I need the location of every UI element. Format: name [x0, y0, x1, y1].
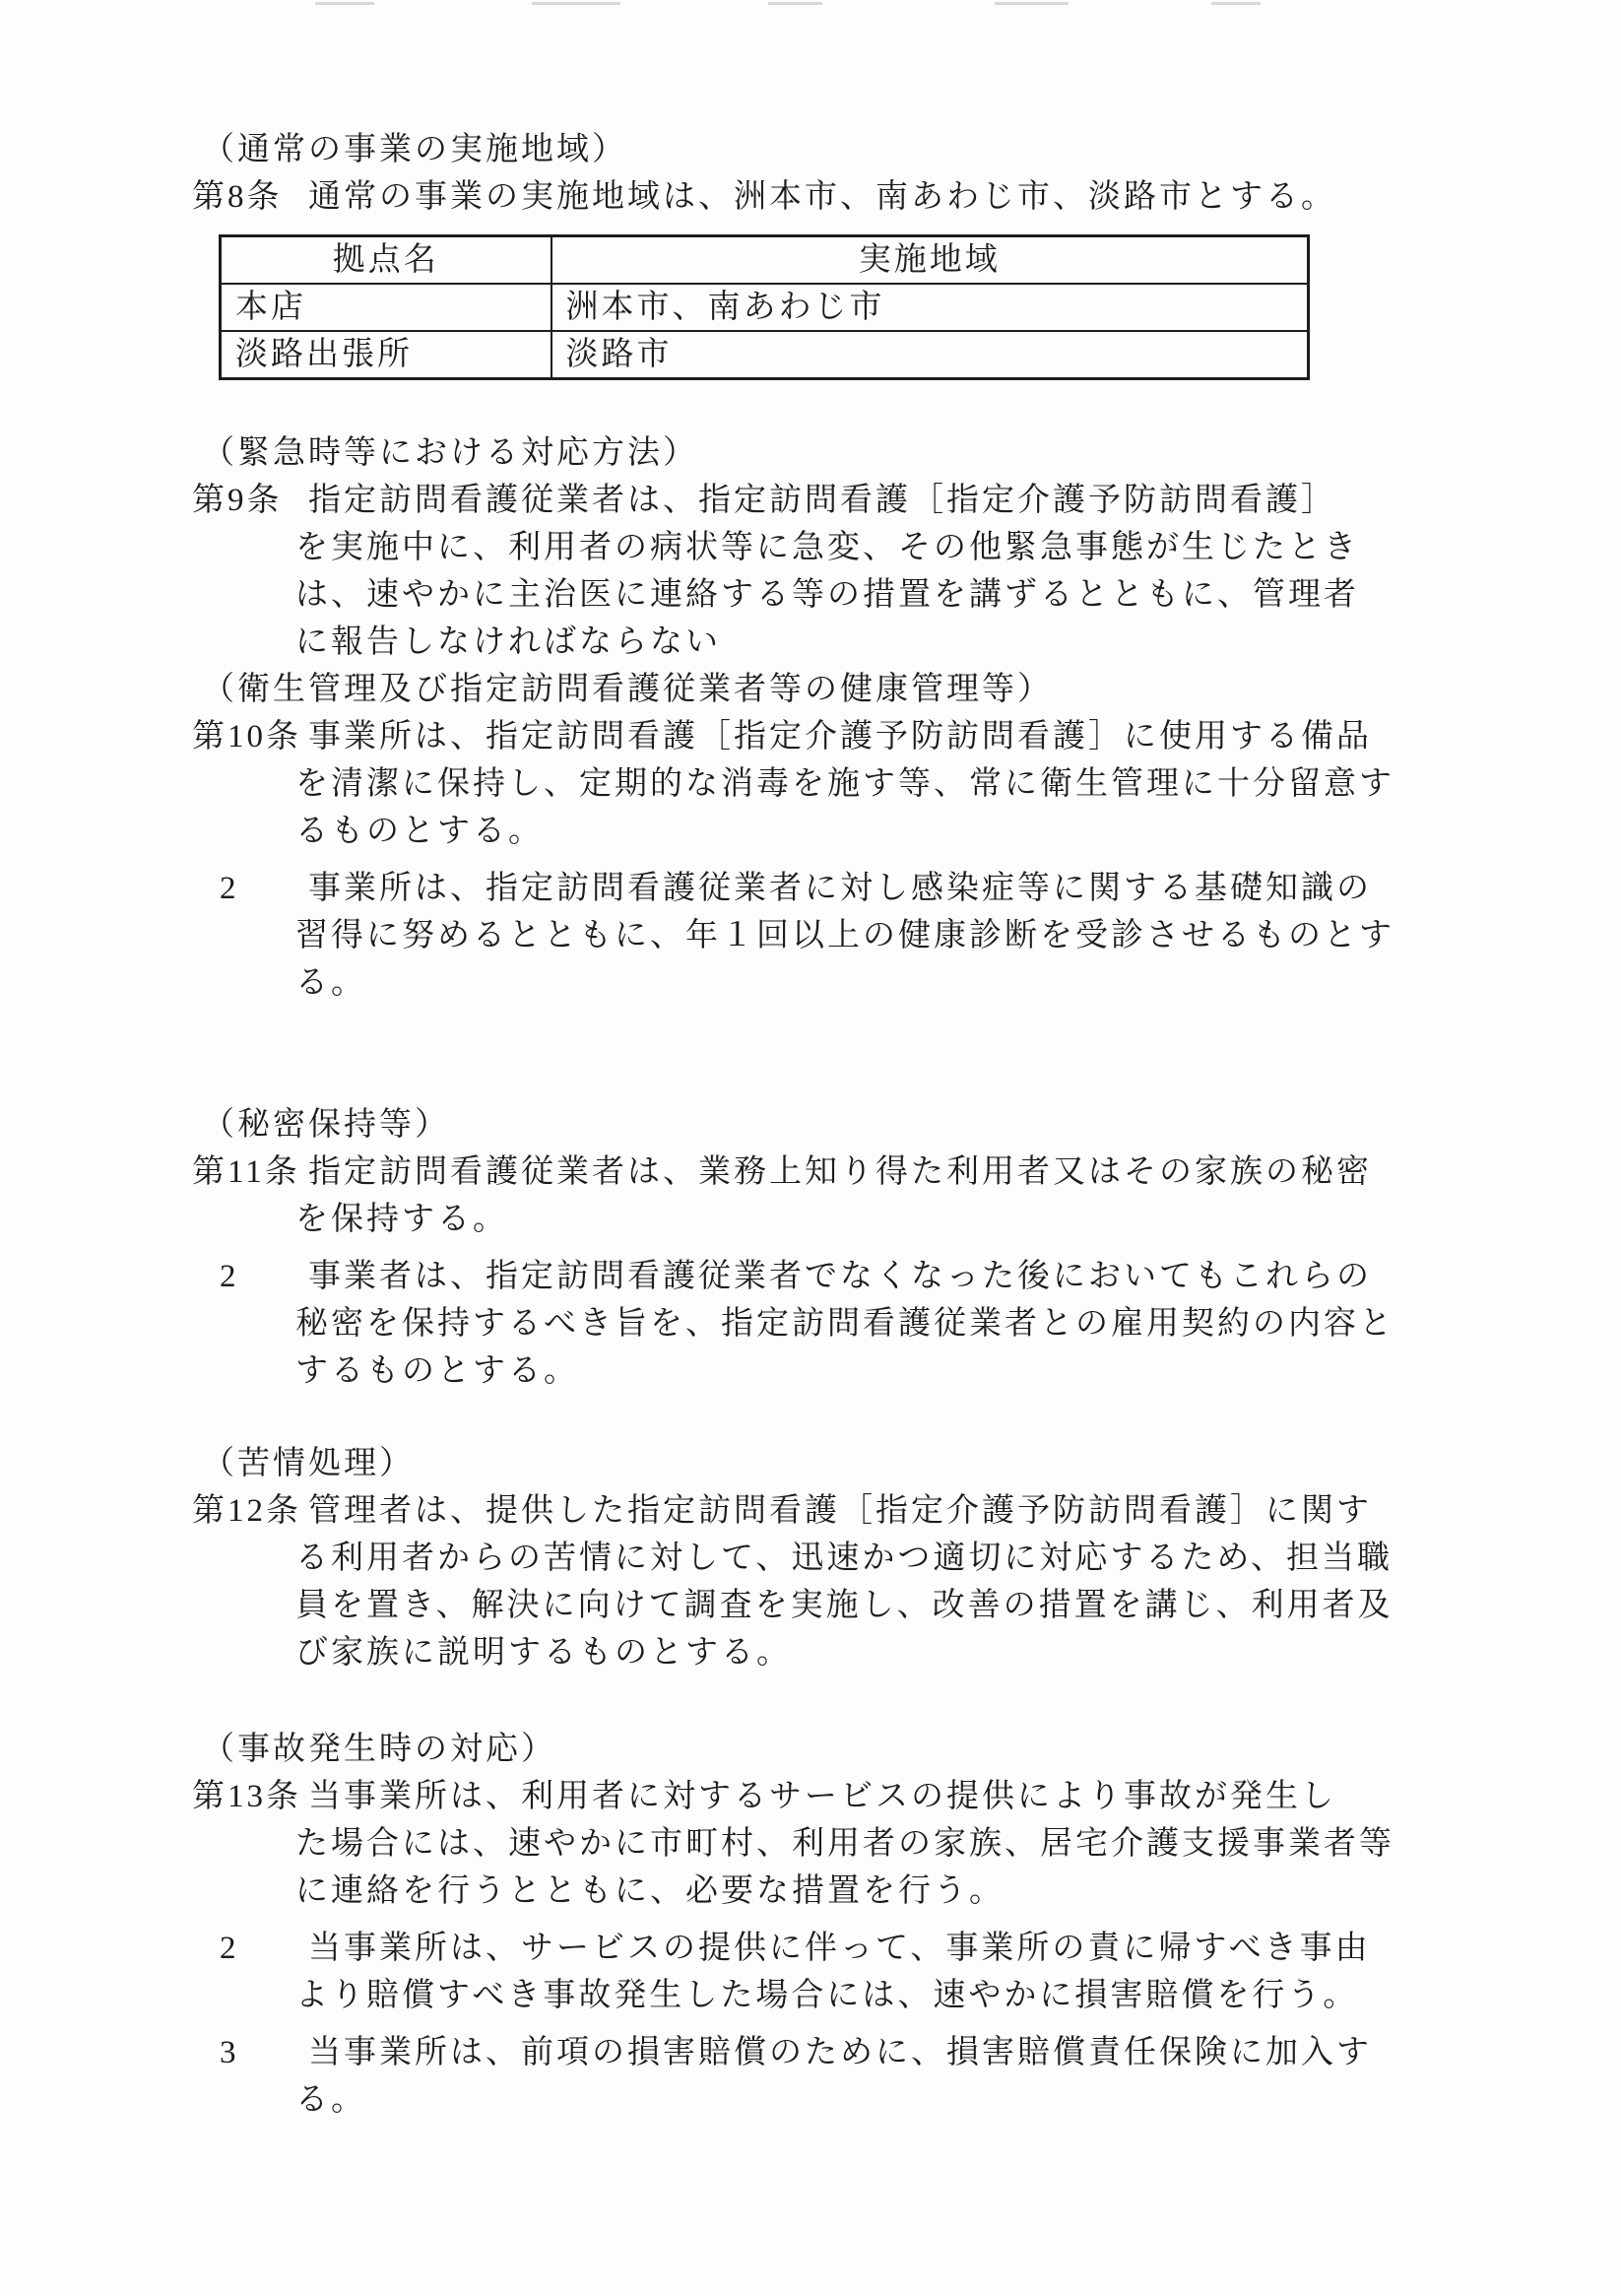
section-heading: （事故発生時の対応） — [202, 1726, 1503, 1773]
article-11: 第11条 指定訪問看護従業者は、業務上知り得た利用者又はその家族の秘密 を保持す… — [192, 1148, 1503, 1243]
article-number: 第11条 — [192, 1148, 308, 1196]
text-line: 3 当事業所は、前項の損害賠償のために、損害賠償責任保険に加入す — [192, 2029, 1503, 2076]
paragraph-text: 当事業所は、サービスの提供に伴って、事業所の責に帰すべき事由 — [308, 1925, 1371, 1972]
article-number: 第10条 — [192, 713, 308, 760]
section-heading: （秘密保持等） — [202, 1101, 1503, 1148]
section-emergency-response: （緊急時等における対応方法） 第9条 指定訪問看護従業者は、指定訪問看護［指定介… — [192, 429, 1503, 666]
table-cell-base: 淡路出張所 — [221, 331, 551, 379]
article-13-paragraph-3: 3 当事業所は、前項の損害賠償のために、損害賠償責任保険に加入す る。 — [192, 2029, 1503, 2124]
text-line: 第12条 管理者は、提供した指定訪問看護［指定介護予防訪問看護］に関す — [192, 1487, 1503, 1535]
article-8: 第8条 通常の事業の実施地域は、洲本市、南あわじ市、淡路市とする。 — [192, 173, 1503, 221]
table-header-area: 実施地域 — [551, 236, 1309, 285]
document-page: （通常の事業の実施地域） 第8条 通常の事業の実施地域は、洲本市、南あわじ市、淡… — [0, 0, 1621, 2296]
section-hygiene-management: （衛生管理及び指定訪問看護従業者等の健康管理等） 第10条 事業所は、指定訪問看… — [192, 666, 1503, 1007]
article-10-paragraph-2: 2 事業所は、指定訪問看護従業者に対し感染症等に関する基礎知識の 習得に努めると… — [192, 865, 1503, 1007]
section-heading: （苦情処理） — [202, 1440, 1503, 1487]
text-line: を清潔に保持し、定期的な消毒を施す等、常に衛生管理に十分留意す — [192, 760, 1503, 808]
article-text: 当事業所は、利用者に対するサービスの提供により事故が発生し — [308, 1773, 1336, 1820]
paragraph-text: 当事業所は、前項の損害賠償のために、損害賠償責任保険に加入す — [308, 2029, 1372, 2076]
article-number: 第8条 — [192, 173, 308, 221]
text-line: る利用者からの苦情に対して、迅速かつ適切に対応するため、担当職 — [192, 1535, 1503, 1582]
section-complaint-handling: （苦情処理） 第12条 管理者は、提供した指定訪問看護［指定介護予防訪問看護］に… — [192, 1440, 1503, 1676]
article-number: 第13条 — [192, 1773, 308, 1820]
text-line: するものとする。 — [192, 1347, 1503, 1395]
table-cell-area: 洲本市、南あわじ市 — [551, 284, 1309, 331]
article-text: 管理者は、提供した指定訪問看護［指定介護予防訪問看護］に関す — [308, 1487, 1372, 1535]
text-line: 第13条 当事業所は、利用者に対するサービスの提供により事故が発生し — [192, 1773, 1503, 1820]
section-heading: （緊急時等における対応方法） — [202, 429, 1503, 477]
text-line: は、速やかに主治医に連絡する等の措置を講ずるとともに、管理者 — [192, 571, 1503, 619]
article-10: 第10条 事業所は、指定訪問看護［指定介護予防訪問看護］に使用する備品 を清潔に… — [192, 713, 1503, 855]
article-number: 第12条 — [192, 1487, 308, 1535]
article-number: 第9条 — [192, 477, 308, 524]
text-line: るものとする。 — [192, 808, 1503, 855]
paragraph-number: 3 — [192, 2029, 308, 2076]
section-service-area: （通常の事業の実施地域） 第8条 通常の事業の実施地域は、洲本市、南あわじ市、淡… — [192, 126, 1503, 380]
text-line: 第10条 事業所は、指定訪問看護［指定介護予防訪問看護］に使用する備品 — [192, 713, 1503, 760]
paragraph-text: 事業者は、指定訪問看護従業者でなくなった後においてもこれらの — [308, 1253, 1372, 1300]
text-line: た場合には、速やかに市町村、利用者の家族、居宅介護支援事業者等 — [192, 1820, 1503, 1868]
text-line: に報告しなければならない — [192, 619, 1503, 666]
article-9: 第9条 指定訪問看護従業者は、指定訪問看護［指定介護予防訪問看護］ を実施中に、… — [192, 477, 1503, 666]
article-text: 通常の事業の実施地域は、洲本市、南あわじ市、淡路市とする。 — [308, 173, 1336, 221]
table-header-row: 拠点名 実施地域 — [221, 236, 1309, 285]
table-cell-area: 淡路市 — [551, 331, 1309, 379]
paragraph-text: 事業所は、指定訪問看護従業者に対し感染症等に関する基礎知識の — [308, 865, 1372, 912]
section-heading: （衛生管理及び指定訪問看護従業者等の健康管理等） — [202, 666, 1503, 713]
article-12: 第12条 管理者は、提供した指定訪問看護［指定介護予防訪問看護］に関す る利用者… — [192, 1487, 1503, 1676]
paragraph-number: 2 — [192, 1253, 308, 1300]
text-line: 秘密を保持するべき旨を、指定訪問看護従業者との雇用契約の内容と — [192, 1300, 1503, 1347]
regions-table: 拠点名 実施地域 本店 洲本市、南あわじ市 淡路出張所 淡路市 — [219, 234, 1310, 380]
text-line: 第8条 通常の事業の実施地域は、洲本市、南あわじ市、淡路市とする。 — [192, 173, 1503, 221]
section-heading: （通常の事業の実施地域） — [202, 126, 1503, 173]
table-header-base: 拠点名 — [221, 236, 551, 285]
article-13-paragraph-2: 2 当事業所は、サービスの提供に伴って、事業所の責に帰すべき事由 より賠償すべき… — [192, 1925, 1503, 2019]
text-line: 員を置き、解決に向けて調査を実施し、改善の措置を講じ、利用者及 — [192, 1582, 1503, 1629]
table-row: 淡路出張所 淡路市 — [221, 331, 1309, 379]
text-line: に連絡を行うとともに、必要な措置を行う。 — [192, 1868, 1503, 1915]
text-line: る。 — [192, 2076, 1503, 2124]
text-line: 2 当事業所は、サービスの提供に伴って、事業所の責に帰すべき事由 — [192, 1925, 1503, 1972]
text-line: び家族に説明するものとする。 — [192, 1629, 1503, 1676]
text-line: より賠償すべき事故発生した場合には、速やかに損害賠償を行う。 — [192, 1972, 1503, 2019]
table-cell-base: 本店 — [221, 284, 551, 331]
table-row: 本店 洲本市、南あわじ市 — [221, 284, 1309, 331]
text-line: を実施中に、利用者の病状等に急変、その他緊急事態が生じたとき — [192, 524, 1503, 571]
section-confidentiality: （秘密保持等） 第11条 指定訪問看護従業者は、業務上知り得た利用者又はその家族… — [192, 1101, 1503, 1395]
text-line: 2 事業者は、指定訪問看護従業者でなくなった後においてもこれらの — [192, 1253, 1503, 1300]
text-line: 習得に努めるとともに、年１回以上の健康診断を受診させるものとす — [192, 912, 1503, 959]
text-line: る。 — [192, 959, 1503, 1007]
text-line: 第11条 指定訪問看護従業者は、業務上知り得た利用者又はその家族の秘密 — [192, 1148, 1503, 1196]
article-text: 事業所は、指定訪問看護［指定介護予防訪問看護］に使用する備品 — [308, 713, 1372, 760]
paragraph-number: 2 — [192, 865, 308, 912]
text-line: 第9条 指定訪問看護従業者は、指定訪問看護［指定介護予防訪問看護］ — [192, 477, 1503, 524]
text-line: を保持する。 — [192, 1196, 1503, 1243]
document-content: （通常の事業の実施地域） 第8条 通常の事業の実施地域は、洲本市、南あわじ市、淡… — [0, 0, 1621, 2124]
article-text: 指定訪問看護従業者は、指定訪問看護［指定介護予防訪問看護］ — [308, 477, 1336, 524]
paragraph-number: 2 — [192, 1925, 308, 1972]
article-11-paragraph-2: 2 事業者は、指定訪問看護従業者でなくなった後においてもこれらの 秘密を保持する… — [192, 1253, 1503, 1395]
article-13: 第13条 当事業所は、利用者に対するサービスの提供により事故が発生し た場合には… — [192, 1773, 1503, 1915]
article-text: 指定訪問看護従業者は、業務上知り得た利用者又はその家族の秘密 — [308, 1148, 1372, 1196]
text-line: 2 事業所は、指定訪問看護従業者に対し感染症等に関する基礎知識の — [192, 865, 1503, 912]
section-accident-response: （事故発生時の対応） 第13条 当事業所は、利用者に対するサービスの提供により事… — [192, 1726, 1503, 2124]
